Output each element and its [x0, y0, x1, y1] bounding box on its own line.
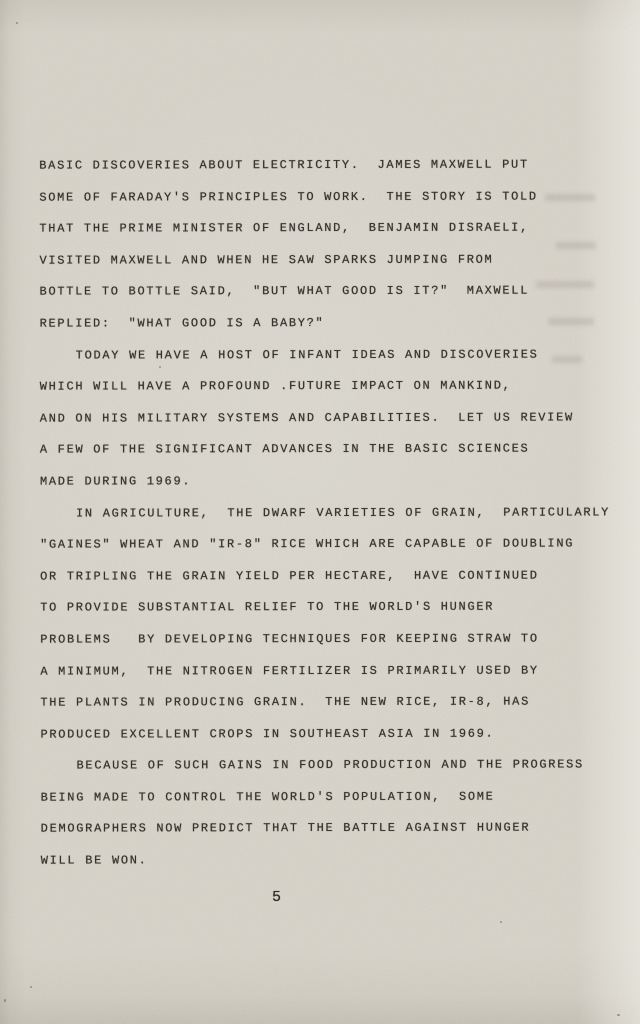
- text-line: BECAUSE OF SUCH GAINS IN FOOD PRODUCTION…: [40, 750, 625, 783]
- text-line: BOTTLE TO BOTTLE SAID, "BUT WHAT GOOD IS…: [40, 276, 625, 309]
- text-line: IN AGRICULTURE, THE DWARF VARIETIES OF G…: [40, 497, 625, 530]
- text-line: WHICH WILL HAVE A PROFOUND .FUTURE IMPAC…: [40, 371, 625, 404]
- scanned-document-page: BASIC DISCOVERIES ABOUT ELECTRICITY. JAM…: [0, 0, 640, 1024]
- paragraph: TODAY WE HAVE A HOST OF INFANT IDEAS AND…: [40, 339, 625, 498]
- text-line: WILL BE WON.: [41, 844, 626, 877]
- text-line: OR TRIPLING THE GRAIN YIELD PER HECTARE,…: [40, 560, 625, 593]
- paragraph: BASIC DISCOVERIES ABOUT ELECTRICITY. JAM…: [39, 149, 624, 340]
- paragraph: IN AGRICULTURE, THE DWARF VARIETIES OF G…: [40, 497, 626, 751]
- text-line: A FEW OF THE SIGNIFICANT ADVANCES IN THE…: [40, 434, 625, 467]
- text-line: "GAINES" WHEAT AND "IR-8" RICE WHICH ARE…: [40, 529, 625, 562]
- text-line: TODAY WE HAVE A HOST OF INFANT IDEAS AND…: [40, 339, 625, 372]
- text-line: REPLIED: "WHAT GOOD IS A BABY?": [40, 307, 625, 340]
- text-line: DEMOGRAPHERS NOW PREDICT THAT THE BATTLE…: [41, 813, 626, 846]
- text-line: THE PLANTS IN PRODUCING GRAIN. THE NEW R…: [40, 686, 625, 719]
- text-line: TO PROVIDE SUBSTANTIAL RELIEF TO THE WOR…: [40, 592, 625, 625]
- text-line: SOME OF FARADAY'S PRINCIPLES TO WORK. TH…: [39, 181, 624, 214]
- text-line: AND ON HIS MILITARY SYSTEMS AND CAPABILI…: [40, 402, 625, 435]
- text-line: A MINIMUM, THE NITROGEN FERTILIZER IS PR…: [40, 655, 625, 688]
- text-line: THAT THE PRIME MINISTER OF ENGLAND, BENJ…: [39, 213, 624, 246]
- text-line: BEING MADE TO CONTROL THE WORLD'S POPULA…: [41, 781, 626, 814]
- paragraph: BECAUSE OF SUCH GAINS IN FOOD PRODUCTION…: [40, 750, 625, 878]
- text-line: PRODUCED EXCELLENT CROPS IN SOUTHEAST AS…: [40, 718, 625, 751]
- text-line: VISITED MAXWELL AND WHEN HE SAW SPARKS J…: [39, 244, 624, 277]
- text-line: PROBLEMS BY DEVELOPING TECHNIQUES FOR KE…: [40, 623, 625, 656]
- document-text: BASIC DISCOVERIES ABOUT ELECTRICITY. JAM…: [39, 149, 626, 877]
- page-number: 5: [272, 889, 282, 906]
- text-line: MADE DURING 1969.: [40, 465, 625, 498]
- text-line: BASIC DISCOVERIES ABOUT ELECTRICITY. JAM…: [39, 149, 624, 182]
